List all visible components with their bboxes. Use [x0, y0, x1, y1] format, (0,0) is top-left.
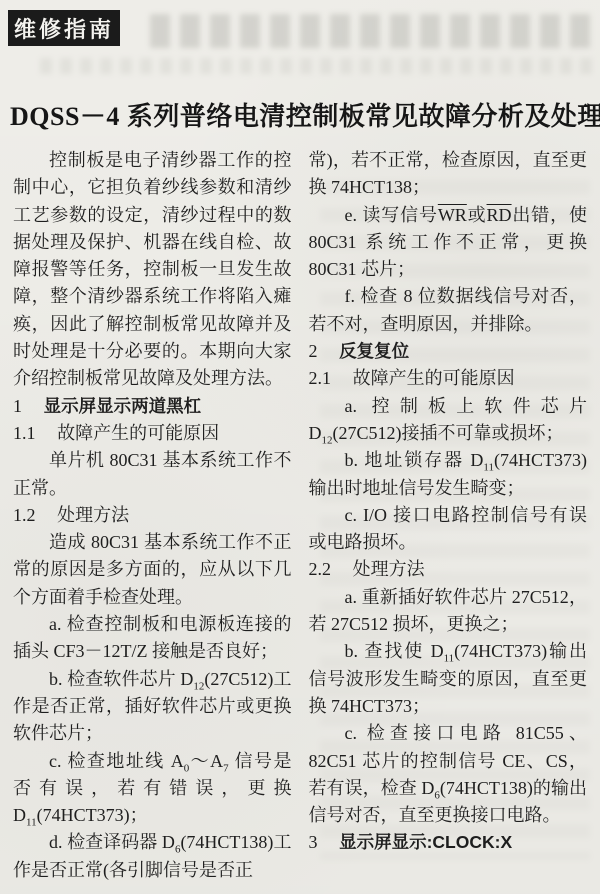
- heading-number: 3: [309, 832, 318, 852]
- paragraph: a. 检查控制板和电源板连接的插头 CF3－12T/Z 接触是否良好；: [13, 611, 292, 666]
- article-body: 控制板是电子清纱器工作的控制中心，它担负着纱线参数和清纱工艺参数的设定，清纱过程…: [13, 147, 587, 892]
- paragraph: 单片机 80C31 基本系统工作不正常。: [13, 447, 292, 502]
- section-heading: 3显示屏显示:CLOCK:X: [309, 829, 588, 856]
- paragraph: a. 重新插好软件芯片 27C512，若 27C512 损坏，更换之；: [309, 584, 588, 639]
- scanned-article-page: { "page": { "badge": "维修指南", "title": "D…: [0, 0, 600, 894]
- section-heading: 1显示屏显示两道黑杠: [13, 393, 292, 420]
- heading-text: 显示屏显示:CLOCK:X: [339, 832, 512, 852]
- heading-number: 1: [13, 396, 22, 416]
- section-heading: 2反复复位: [309, 338, 588, 365]
- text-column-right: 常)，若不正常，检查原因，直至更换 74HCT138；e. 读写信号WR或RD出…: [309, 147, 588, 892]
- subscript-designator: 11: [444, 653, 455, 665]
- heading-number: 1.2: [13, 505, 36, 525]
- heading-number: 2.1: [309, 368, 332, 388]
- heading-text: 处理方法: [57, 505, 129, 525]
- paragraph: a. 控制板上软件芯片 D12(27C512)接插不可靠或损坏；: [309, 393, 588, 448]
- paragraph: 造成 80C31 基本系统工作不正常的原因是多方面的，应从以下几个方面着手检查处…: [13, 529, 292, 611]
- subscript-designator: 12: [193, 680, 204, 692]
- bleedthrough-ghost-subtop: [40, 58, 592, 74]
- subscript-designator: 11: [26, 817, 37, 829]
- paragraph: d. 检查译码器 D6(74HCT138)工作是否正常(各引脚信号是否正: [13, 829, 292, 884]
- subscript-designator: 7: [223, 762, 229, 774]
- heading-number: 2: [309, 341, 318, 361]
- paragraph: 控制板是电子清纱器工作的控制中心，它担负着纱线参数和清纱工艺参数的设定，清纱过程…: [13, 147, 292, 393]
- subscript-designator: 11: [483, 462, 494, 474]
- text-column-left: 控制板是电子清纱器工作的控制中心，它担负着纱线参数和清纱工艺参数的设定，清纱过程…: [13, 147, 292, 892]
- heading-text: 故障产生的可能原因: [57, 423, 219, 443]
- bleedthrough-ghost-top: [150, 14, 590, 48]
- subscript-designator: 0: [184, 762, 190, 774]
- paragraph: b. 检查软件芯片 D12(27C512)工作是否正常，插好软件芯片或更换软件芯…: [13, 666, 292, 748]
- heading-number: 1.1: [13, 423, 36, 443]
- subscript-designator: 6: [434, 789, 440, 801]
- paragraph: e. 读写信号WR或RD出错，使 80C31 系统工作不正常，更换 80C31 …: [309, 202, 588, 284]
- subsection-heading: 1.1故障产生的可能原因: [13, 420, 292, 447]
- active-low-signal: RD: [487, 205, 512, 225]
- heading-text: 显示屏显示两道黑杠: [44, 396, 202, 416]
- paragraph: c. 检查地址线 A0～A7 信号是否有误，若有错误，更换 D11(74HCT3…: [13, 748, 292, 830]
- paragraph-continuation: 常)，若不正常，检查原因，直至更换 74HCT138；: [309, 147, 588, 202]
- paragraph: b. 地址锁存器 D11(74HCT373)输出时地址信号发生畸变；: [309, 447, 588, 502]
- subsection-heading: 2.1故障产生的可能原因: [309, 365, 588, 392]
- heading-text: 处理方法: [353, 559, 425, 579]
- subsection-heading: 2.2处理方法: [309, 556, 588, 583]
- paragraph: c. 检查接口电路 81C55、82C51 芯片的控制信号 CE、CS，若有误，…: [309, 720, 588, 829]
- paragraph: c. I/O 接口电路控制信号有误或电路损坏。: [309, 502, 588, 557]
- section-badge: 维修指南: [8, 10, 120, 46]
- active-low-signal: WR: [438, 205, 467, 225]
- heading-number: 2.2: [309, 559, 332, 579]
- subscript-designator: 6: [175, 844, 181, 856]
- heading-text: 故障产生的可能原因: [353, 368, 515, 388]
- article-title: DQSS－4 系列普络电清控制板常见故障分析及处理: [10, 96, 590, 133]
- subsection-heading: 1.2处理方法: [13, 502, 292, 529]
- subscript-designator: 12: [322, 435, 333, 447]
- paragraph: b. 查找使 D11(74HCT373)输出信号波形发生畸变的原因，直至更换 7…: [309, 638, 588, 720]
- heading-text: 反复复位: [339, 341, 409, 361]
- paragraph: f. 检查 8 位数据线信号对否，若不对，查明原因，并排除。: [309, 283, 588, 338]
